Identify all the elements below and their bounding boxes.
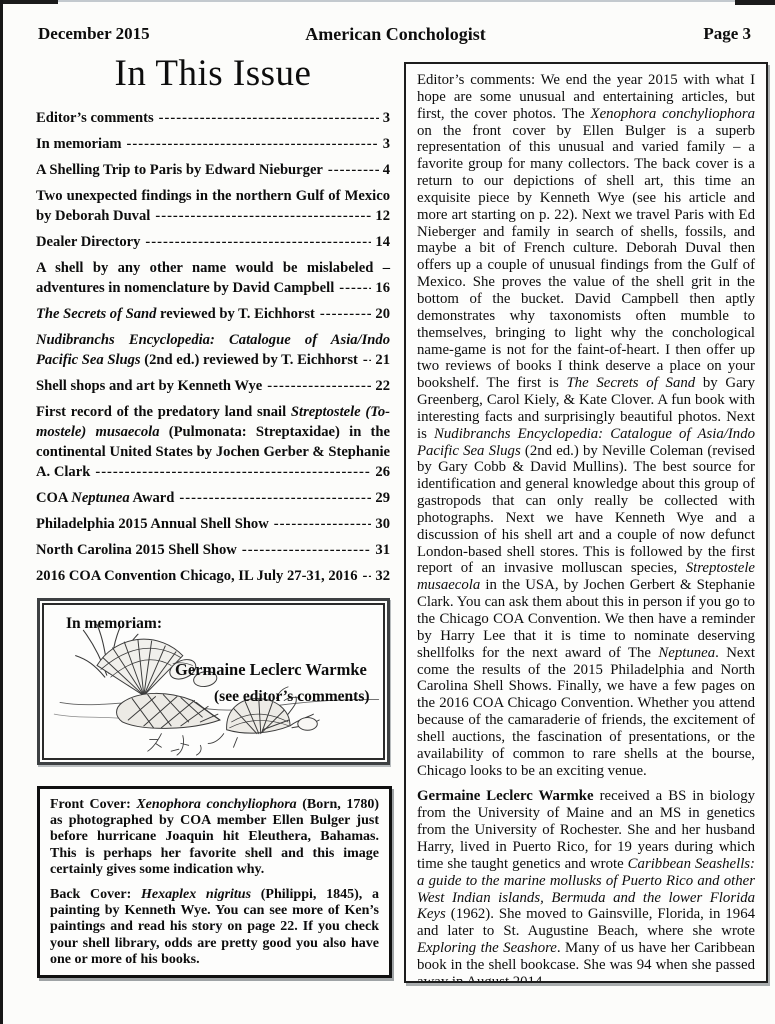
toc-page-number: 30 [375, 514, 390, 534]
toc-entry-line: First record of the predatory land snail… [36, 402, 390, 422]
toc-entry-title: A. Clark [36, 462, 90, 482]
toc-page-number: 12 [375, 206, 390, 226]
editor-comments-box: Editor’s comments: We end the year 2015 … [404, 62, 768, 983]
toc-entry-line: Nudibranchs Encyclopedia: Catalogue of A… [36, 330, 390, 350]
toc-entry: Nudibranchs Encyclopedia: Catalogue of A… [36, 330, 390, 370]
dash-leader: ----------------------------------------… [267, 376, 371, 396]
journal-title: American Conchologist [36, 24, 755, 45]
dash-leader: ----------------------------------------… [339, 278, 371, 298]
dash-leader: ----------------------------------------… [179, 488, 371, 508]
toc-entry: A Shelling Trip to Paris by Edward Niebu… [36, 160, 390, 180]
scan-top-left-mark [0, 0, 58, 4]
toc-entry-title: adventures in nomenclature by David Camp… [36, 278, 334, 298]
toc-entry-last-line: by Deborah Duval------------------------… [36, 206, 390, 226]
toc-entry-title: A Shelling Trip to Paris by Edward Niebu… [36, 160, 323, 180]
dash-leader: ----------------------------------------… [328, 160, 379, 180]
toc-column: In This Issue Editor’s comments---------… [36, 52, 390, 592]
toc-entry: A shell by any other name would be misla… [36, 258, 390, 298]
warmke-obituary-paragraph: Germaine Leclerc Warmke received a BS in… [417, 788, 755, 983]
covers-box: Front Cover: Xenophora conchyliophora (B… [37, 786, 392, 978]
toc-entry-last-line: Pacific Sea Slugs (2nd ed.) reviewed by … [36, 350, 390, 370]
toc-entry-last-line: 2016 COA Convention Chicago, IL July 27-… [36, 566, 390, 586]
toc-page-number: 21 [375, 350, 390, 370]
toc-entry-last-line: Editor’s comments-----------------------… [36, 108, 390, 128]
toc-entry-last-line: adventures in nomenclature by David Camp… [36, 278, 390, 298]
toc-entry: The Secrets of Sand reviewed by T. Eichh… [36, 304, 390, 324]
toc-entry-title: 2016 COA Convention Chicago, IL July 27-… [36, 566, 358, 586]
memoriam-note: (see editor’s comments) [214, 688, 370, 706]
memoriam-name: Germaine Leclerc Warmke [175, 660, 367, 680]
toc-page-number: 4 [383, 160, 390, 180]
toc-entry-line: mostele) musaecola (Pulmonata: Streptaxi… [36, 422, 390, 442]
toc-entry-title: In memoriam [36, 134, 122, 154]
toc-entry-title: Dealer Directory [36, 232, 140, 252]
toc-entry-last-line: A. Clark--------------------------------… [36, 462, 390, 482]
toc-entry-line: continental United States by Jochen Gerb… [36, 442, 390, 462]
back-cover-paragraph: Back Cover: Hexaplex nigritus (Philippi,… [50, 887, 379, 968]
toc-entry: Two unexpected findings in the northern … [36, 186, 390, 226]
toc-page-number: 22 [375, 376, 390, 396]
front-cover-paragraph: Front Cover: Xenophora conchyliophora (B… [50, 797, 379, 878]
toc-entry-title: Pacific Sea Slugs (2nd ed.) reviewed by … [36, 350, 358, 370]
scallop-shell-drawing [97, 639, 183, 695]
toc-page-number: 16 [375, 278, 390, 298]
toc-page-number: 20 [375, 304, 390, 324]
dash-leader: ----------------------------------------… [95, 462, 371, 482]
scan-top-edge [0, 0, 775, 2]
toc-entry-last-line: Shell shops and art by Kenneth Wye------… [36, 376, 390, 396]
cone-shell-drawing [117, 693, 220, 728]
toc-page-number: 31 [375, 540, 390, 560]
toc-entry: COA Neptunea Award----------------------… [36, 488, 390, 508]
toc-entry-last-line: The Secrets of Sand reviewed by T. Eichh… [36, 304, 390, 324]
toc-page-number: 32 [375, 566, 390, 586]
toc-entry-title: First record of the predatory land snail… [36, 404, 390, 420]
toc-entry: Shell shops and art by Kenneth Wye------… [36, 376, 390, 396]
toc-list: Editor’s comments-----------------------… [36, 108, 390, 586]
editor-comments-paragraph: Editor’s comments: We end the year 2015 … [417, 72, 755, 779]
toc-page-number: 14 [375, 232, 390, 252]
magazine-page: { "header": { "date": "December 2015", "… [0, 0, 775, 1024]
toc-entry-title: Philadelphia 2015 Annual Shell Show [36, 514, 269, 534]
page-number: Page 3 [703, 24, 751, 44]
toc-page-number: 29 [375, 488, 390, 508]
memoriam-box: In memoriam: Germaine Leclerc Warmke (se… [37, 598, 390, 765]
toc-entry: North Carolina 2015 Shell Show----------… [36, 540, 390, 560]
dash-leader: ----------------------------------------… [145, 232, 371, 252]
toc-entry-title: mostele) musaecola (Pulmonata: Streptaxi… [36, 424, 390, 440]
scan-top-right-mark [735, 0, 775, 5]
toc-page-number: 3 [383, 108, 390, 128]
toc-entry-title: COA Neptunea Award [36, 488, 174, 508]
dash-leader: ----------------------------------------… [127, 134, 379, 154]
dash-leader: ----------------------------------------… [363, 566, 372, 586]
dash-leader: ----------------------------------------… [242, 540, 372, 560]
toc-page-number: 3 [383, 134, 390, 154]
toc-entry: First record of the predatory land snail… [36, 402, 390, 482]
toc-page-number: 26 [375, 462, 390, 482]
toc-title: In This Issue [36, 52, 390, 95]
toc-entry: Editor’s comments-----------------------… [36, 108, 390, 128]
toc-entry-last-line: In memoriam-----------------------------… [36, 134, 390, 154]
page-header: December 2015 American Conchologist Page… [36, 24, 755, 48]
toc-entry-title: Editor’s comments [36, 108, 154, 128]
toc-entry-title: Shell shops and art by Kenneth Wye [36, 376, 262, 396]
toc-entry: In memoriam-----------------------------… [36, 134, 390, 154]
dash-leader: ----------------------------------------… [320, 304, 371, 324]
toc-entry-last-line: A Shelling Trip to Paris by Edward Niebu… [36, 160, 390, 180]
dash-leader: ----------------------------------------… [363, 350, 372, 370]
seaweed-drawing [148, 734, 201, 755]
toc-entry-line: Two unexpected findings in the northern … [36, 186, 390, 206]
toc-entry-line: A shell by any other name would be misla… [36, 258, 390, 278]
dash-leader: ----------------------------------------… [274, 514, 372, 534]
toc-entry-title: The Secrets of Sand reviewed by T. Eichh… [36, 304, 315, 324]
toc-entry: Dealer Directory------------------------… [36, 232, 390, 252]
toc-entry: 2016 COA Convention Chicago, IL July 27-… [36, 566, 390, 586]
toc-entry-title: North Carolina 2015 Shell Show [36, 540, 237, 560]
memoriam-label: In memoriam: [66, 615, 162, 633]
memoriam-box-inner: In memoriam: Germaine Leclerc Warmke (se… [42, 603, 385, 760]
toc-entry-last-line: COA Neptunea Award----------------------… [36, 488, 390, 508]
toc-entry-title: Two unexpected findings in the northern … [36, 188, 390, 204]
toc-entry-title: Nudibranchs Encyclopedia: Catalogue of A… [36, 332, 390, 348]
toc-entry-title: continental United States by Jochen Gerb… [36, 444, 390, 460]
toc-entry-last-line: Dealer Directory------------------------… [36, 232, 390, 252]
toc-entry-title: by Deborah Duval [36, 206, 150, 226]
toc-entry-title: A shell by any other name would be misla… [36, 260, 390, 276]
toc-entry-last-line: Philadelphia 2015 Annual Shell Show-----… [36, 514, 390, 534]
scan-left-edge [0, 0, 3, 1024]
toc-entry: Philadelphia 2015 Annual Shell Show-----… [36, 514, 390, 534]
dash-leader: ----------------------------------------… [159, 108, 379, 128]
dash-leader: ----------------------------------------… [155, 206, 371, 226]
toc-entry-last-line: North Carolina 2015 Shell Show----------… [36, 540, 390, 560]
